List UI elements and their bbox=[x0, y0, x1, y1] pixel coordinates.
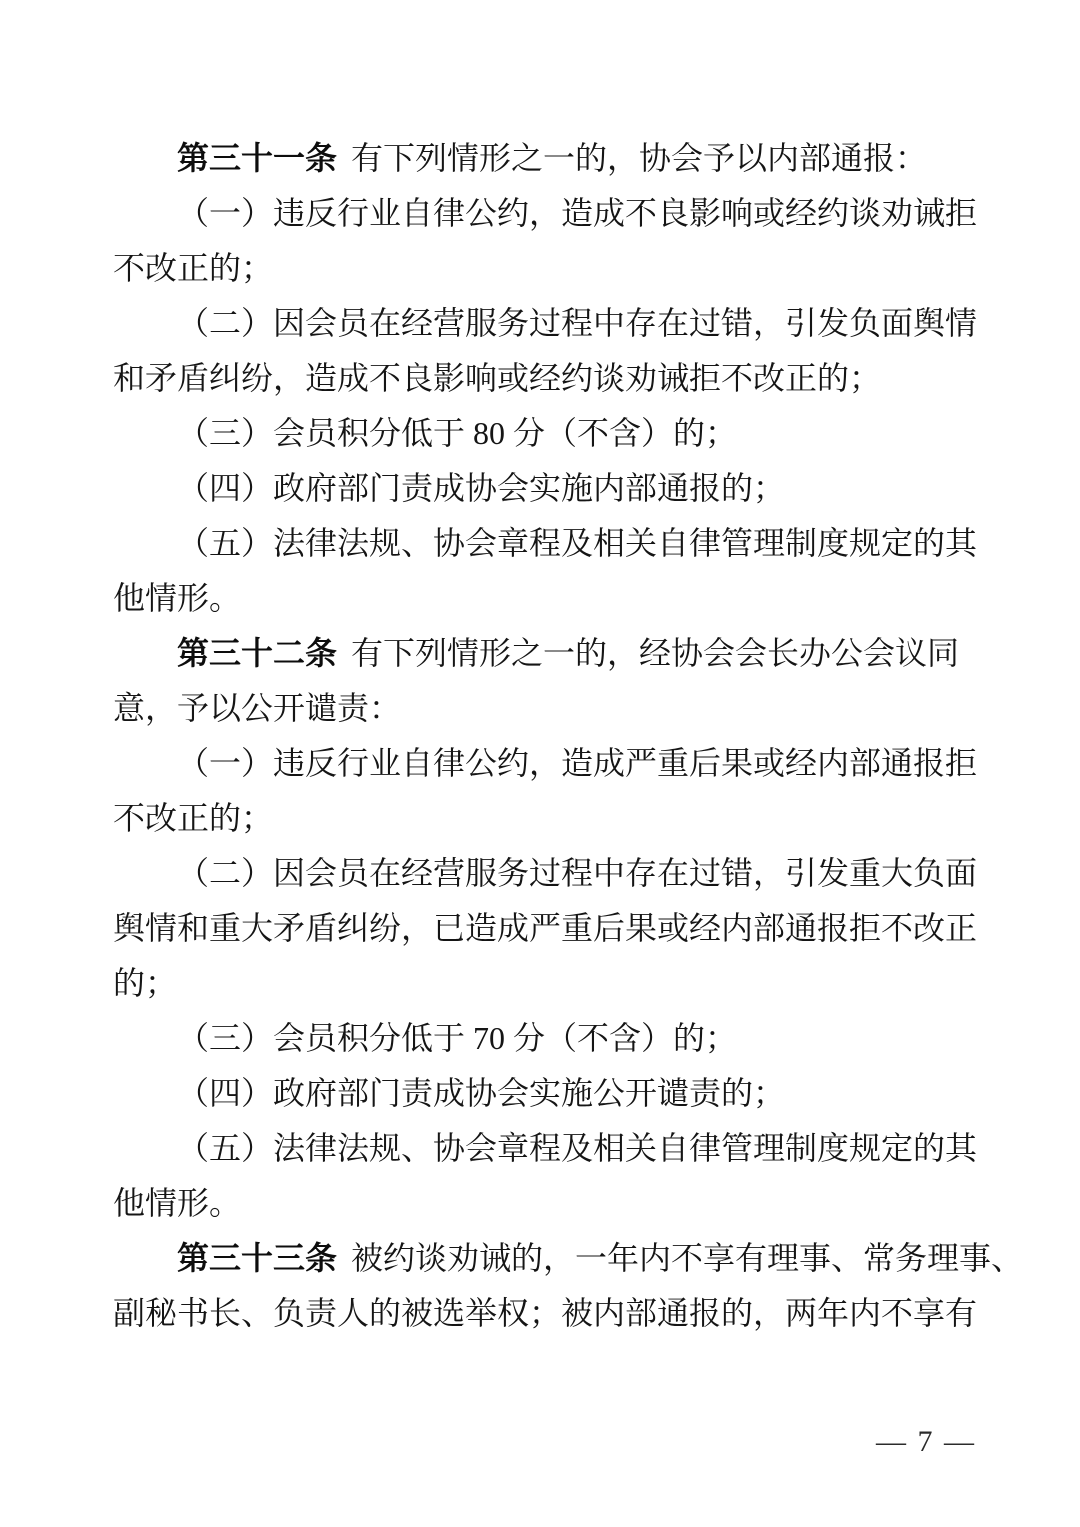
article-32-number: 第三十二条 bbox=[177, 635, 337, 671]
article-33-number: 第三十三条 bbox=[177, 1240, 337, 1276]
document-body: 第三十一条有下列情形之一的，协会予以内部通报： （一）违反行业自律公约，造成不良… bbox=[113, 131, 993, 1341]
article-33-heading-text: 被约谈劝诫的，一年内不享有理事、常务理事、 bbox=[351, 1240, 1023, 1276]
text-line: （五）法律法规、协会章程及相关自律管理制度规定的其 bbox=[113, 516, 993, 571]
article-32-item-1-continuation: 不改正的； bbox=[113, 800, 273, 836]
article-31-heading-text: 有下列情形之一的，协会予以内部通报： bbox=[351, 140, 927, 176]
article-31-item-1-continuation: 不改正的； bbox=[113, 250, 273, 286]
text-line: 的； bbox=[113, 956, 993, 1011]
text-line: 副秘书长、负责人的被选举权；被内部通报的，两年内不享有 bbox=[113, 1286, 993, 1341]
text-line: 不改正的； bbox=[113, 241, 993, 296]
article-31-item-1-text: （一）违反行业自律公约，造成不良影响或经约谈劝诫拒 bbox=[177, 195, 977, 231]
article-31-number: 第三十一条 bbox=[177, 140, 337, 176]
text-line: 不改正的； bbox=[113, 791, 993, 846]
article-32-item-5-text: （五）法律法规、协会章程及相关自律管理制度规定的其 bbox=[177, 1130, 977, 1166]
article-32-heading-text: 有下列情形之一的，经协会会长办公会议同 bbox=[351, 635, 959, 671]
text-line: （一）违反行业自律公约，造成严重后果或经内部通报拒 bbox=[113, 736, 993, 791]
page-number: — 7 — bbox=[876, 1422, 976, 1462]
text-line: 意，予以公开谴责： bbox=[113, 681, 993, 736]
article-32-item-4-text: （四）政府部门责成协会实施公开谴责的； bbox=[177, 1075, 785, 1111]
article-32-item-2-continuation: 舆情和重大矛盾纠纷，已造成严重后果或经内部通报拒不改正 bbox=[113, 910, 977, 946]
text-line: 他情形。 bbox=[113, 1176, 993, 1231]
text-line: 舆情和重大矛盾纠纷，已造成严重后果或经内部通报拒不改正 bbox=[113, 901, 993, 956]
document-page: 第三十一条有下列情形之一的，协会予以内部通报： （一）违反行业自律公约，造成不良… bbox=[0, 0, 1080, 1527]
article-33-heading-line: 第三十三条被约谈劝诫的，一年内不享有理事、常务理事、 bbox=[113, 1231, 993, 1286]
text-line: （二）因会员在经营服务过程中存在过错，引发重大负面 bbox=[113, 846, 993, 901]
article-31-item-4-text: （四）政府部门责成协会实施内部通报的； bbox=[177, 470, 785, 506]
text-line: （四）政府部门责成协会实施内部通报的； bbox=[113, 461, 993, 516]
article-32-heading-continuation: 意，予以公开谴责： bbox=[113, 690, 401, 726]
text-line: 和矛盾纠纷，造成不良影响或经约谈劝诫拒不改正的； bbox=[113, 351, 993, 406]
text-line: （五）法律法规、协会章程及相关自律管理制度规定的其 bbox=[113, 1121, 993, 1176]
text-line: （三）会员积分低于 80 分（不含）的； bbox=[113, 406, 993, 461]
article-31-item-5-continuation: 他情形。 bbox=[113, 580, 241, 616]
article-31-item-2-text: （二）因会员在经营服务过程中存在过错，引发负面舆情 bbox=[177, 305, 977, 341]
article-31-item-5-text: （五）法律法规、协会章程及相关自律管理制度规定的其 bbox=[177, 525, 977, 561]
article-32-item-2-continuation-2: 的； bbox=[113, 965, 177, 1001]
article-31-heading-line: 第三十一条有下列情形之一的，协会予以内部通报： bbox=[113, 131, 993, 186]
article-32-item-1-text: （一）违反行业自律公约，造成严重后果或经内部通报拒 bbox=[177, 745, 977, 781]
article-32-heading-line: 第三十二条有下列情形之一的，经协会会长办公会议同 bbox=[113, 626, 993, 681]
text-line: （一）违反行业自律公约，造成不良影响或经约谈劝诫拒 bbox=[113, 186, 993, 241]
article-31-item-3-text: （三）会员积分低于 80 分（不含）的； bbox=[177, 415, 737, 451]
article-31-item-2-continuation: 和矛盾纠纷，造成不良影响或经约谈劝诫拒不改正的； bbox=[113, 360, 881, 396]
text-line: 他情形。 bbox=[113, 571, 993, 626]
text-line: （四）政府部门责成协会实施公开谴责的； bbox=[113, 1066, 993, 1121]
text-line: （三）会员积分低于 70 分（不含）的； bbox=[113, 1011, 993, 1066]
article-32-item-2-text: （二）因会员在经营服务过程中存在过错，引发重大负面 bbox=[177, 855, 977, 891]
article-33-heading-continuation: 副秘书长、负责人的被选举权；被内部通报的，两年内不享有 bbox=[113, 1295, 977, 1331]
article-32-item-5-continuation: 他情形。 bbox=[113, 1185, 241, 1221]
article-32-item-3-text: （三）会员积分低于 70 分（不含）的； bbox=[177, 1020, 737, 1056]
text-line: （二）因会员在经营服务过程中存在过错，引发负面舆情 bbox=[113, 296, 993, 351]
